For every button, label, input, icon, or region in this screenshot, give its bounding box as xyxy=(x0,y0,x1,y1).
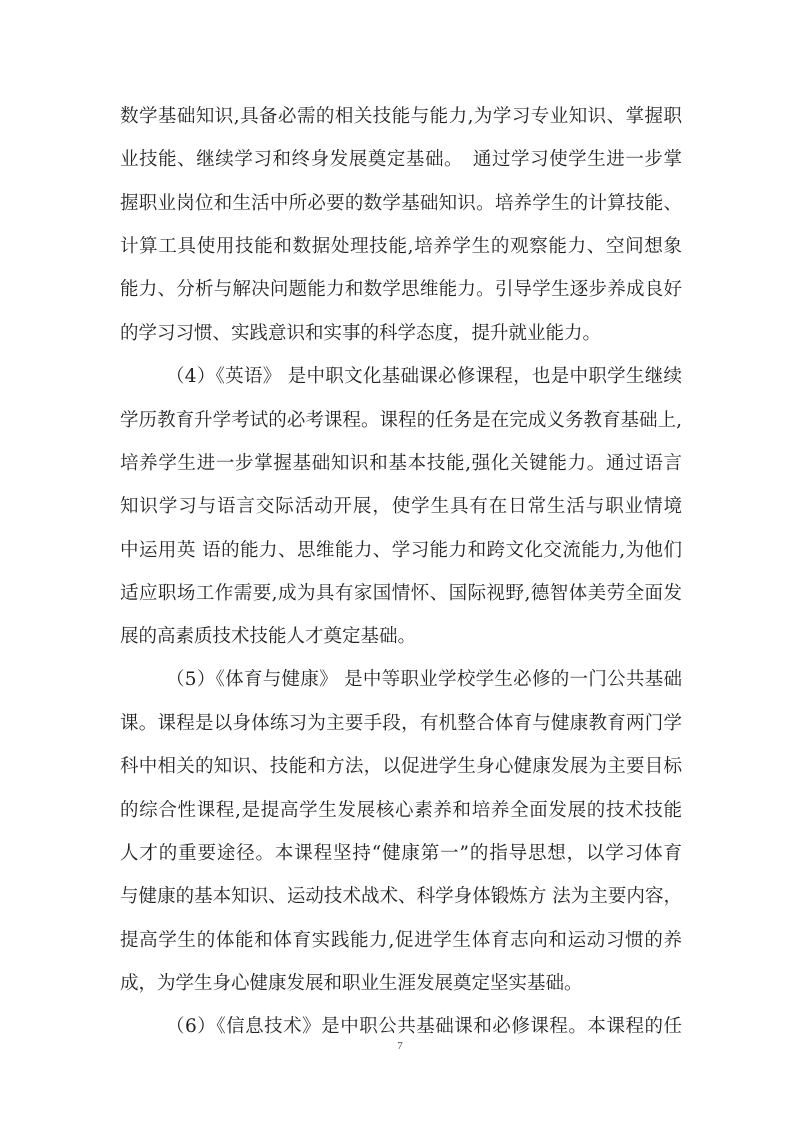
paragraph-heading-english: （4）《英语》 是中职文化基础课必修课程，也是中职学生继续 xyxy=(166,362,682,392)
paragraph-heading-pe: （5）《体育与健康》 是中等职业学校学生必修的一门公共基础 xyxy=(166,665,682,695)
text-line: 业技能、继续学习和终身发展奠定基础。 通过学习使学生进一步掌 xyxy=(120,145,682,175)
text-line: 培养学生进一步掌握基础知识和基本技能,强化关键能力。通过语言 xyxy=(120,449,682,479)
text-line: 的学习习惯、实践意识和实事的科学态度，提升就业能力。 xyxy=(120,319,682,349)
text-line: 适应职场工作需要,成为具有家国情怀、国际视野,德智体美劳全面发 xyxy=(120,579,682,609)
text-line: 学历教育升学考试的必考课程。课程的任务是在完成义务教育基础上, xyxy=(120,406,682,436)
paragraph-heading-it: （6）《信息技术》是中职公共基础课和必修课程。本课程的任 xyxy=(166,1012,682,1042)
text-line: 科中相关的知识、技能和方法，以促进学生身心健康发展为主要目标 xyxy=(120,752,682,782)
text-line: 展的高素质技术技能人才奠定基础。 xyxy=(120,622,682,652)
text-line: 与健康的基本知识、运动技术战术、科学身体锻炼方 法为主要内容， xyxy=(120,882,682,912)
text-line: 课。课程是以身体练习为主要手段，有机整合体育与健康教育两门学 xyxy=(120,709,682,739)
text-line: 知识学习与语言交际活动开展，使学生具有在日常生活与职业情境 xyxy=(120,492,682,522)
text-line: 成，为学生身心健康发展和职业生涯发展奠定坚实基础。 xyxy=(120,969,682,999)
text-line: 中运用英 语的能力、思维能力、学习能力和跨文化交流能力,为他们 xyxy=(120,536,682,566)
page-number: 7 xyxy=(0,1040,800,1052)
document-page: 数学基础知识,具备必需的相关技能与能力,为学习专业知识、掌握职 业技能、继续学习… xyxy=(0,0,800,1131)
text-line: 数学基础知识,具备必需的相关技能与能力,为学习专业知识、掌握职 xyxy=(120,102,682,132)
text-line: 握职业岗位和生活中所必要的数学基础知识。培养学生的计算技能、 xyxy=(120,189,682,219)
text-line: 能力、分析与解决问题能力和数学思维能力。引导学生逐步养成良好 xyxy=(120,275,682,305)
text-line: 的综合性课程,是提高学生发展核心素养和培养全面发展的技术技能 xyxy=(120,796,682,826)
text-line: 计算工具使用技能和数据处理技能,培养学生的观察能力、空间想象 xyxy=(120,232,682,262)
text-line: 人才的重要途径。本课程坚持“健康第一”的指导思想，以学习体育 xyxy=(120,839,682,869)
text-line: 提高学生的体能和体育实践能力,促进学生体育志向和运动习惯的养 xyxy=(120,926,682,956)
